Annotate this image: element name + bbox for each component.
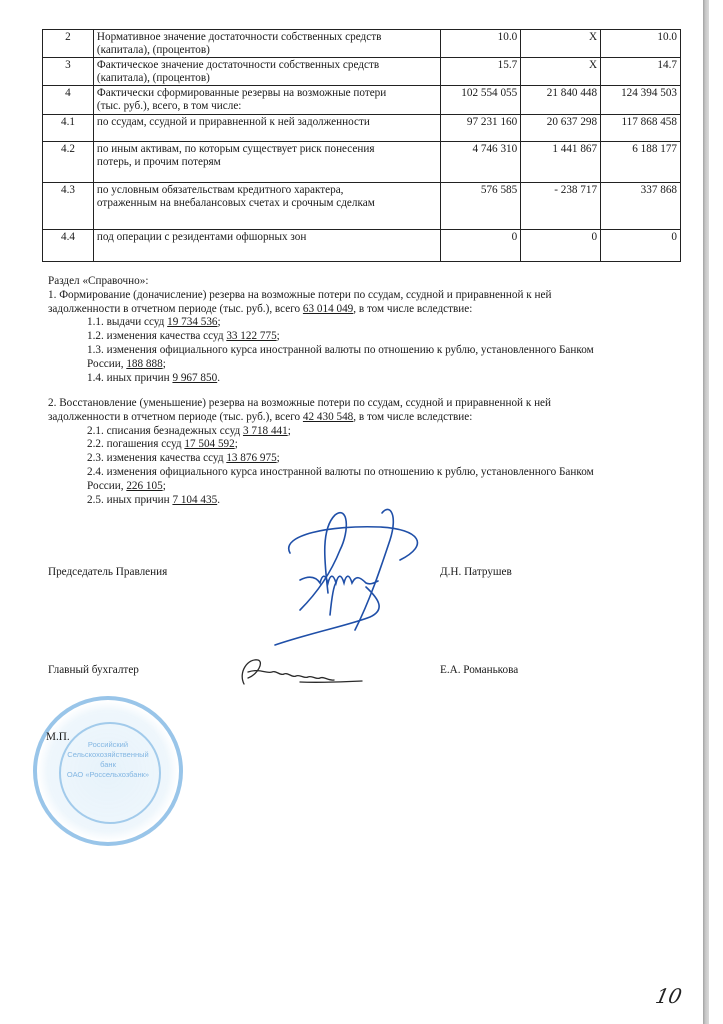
reference-section-formation: Раздел «Справочно»: 1. Формирование (дон… — [48, 275, 678, 385]
row-description: по иным активам, по которым существует р… — [93, 142, 440, 183]
table-row: 3 Фактическое значение достаточности соб… — [43, 58, 681, 86]
value-col3: 0 — [601, 230, 681, 262]
table-row: 4.1 по ссудам, ссудной и приравненной к … — [43, 115, 681, 142]
recovery-line2: задолженности в отчетном периоде (тыс. р… — [48, 411, 678, 425]
seal-text: Российский Сельскохозяйственный банк ОАО… — [37, 740, 179, 780]
reference-heading: Раздел «Справочно»: — [48, 275, 678, 289]
formation-line1: 1. Формирование (доначисление) резерва н… — [48, 289, 678, 303]
value-col1: 4 746 310 — [441, 142, 521, 183]
row-description: Нормативное значение достаточности собст… — [93, 30, 440, 58]
row-number: 4 — [43, 86, 94, 115]
official-seal: Российский Сельскохозяйственный банк ОАО… — [33, 696, 183, 846]
reference-section-recovery: 2. Восстановление (уменьшение) резерва н… — [48, 397, 678, 507]
page-number: 10 — [653, 984, 684, 1008]
document-page: 2 Нормативное значение достаточности соб… — [0, 0, 723, 1024]
accountant-name: Е.А. Романькова — [440, 664, 518, 676]
table-row: 2 Нормативное значение достаточности соб… — [43, 30, 681, 58]
seal-placeholder-label: М.П. — [46, 731, 70, 743]
recovery-total: 42 430 548 — [303, 411, 353, 423]
formation-total: 63 014 049 — [303, 303, 353, 315]
row-description: по условным обязательствам кредитного ха… — [93, 183, 440, 230]
row-description: под операции с резидентами офшорных зон — [93, 230, 440, 262]
recovery-item: 2.2. погашения ссуд 17 504 592; — [48, 438, 678, 452]
row-description: по ссудам, ссудной и приравненной к ней … — [93, 115, 440, 142]
row-number: 4.1 — [43, 115, 94, 142]
row-number: 4.2 — [43, 142, 94, 183]
scan-edge — [703, 0, 709, 1024]
formation-item: 1.1. выдачи ссуд 19 734 536; — [48, 316, 678, 330]
value-col1: 15.7 — [441, 58, 521, 86]
recovery-item: 2.4. изменения официального курса иностр… — [48, 466, 678, 494]
accountant-title: Главный бухгалтер — [48, 664, 139, 676]
value-col3: 10.0 — [601, 30, 681, 58]
table-row: 4 Фактически сформированные резервы на в… — [43, 86, 681, 115]
value-col3: 337 868 — [601, 183, 681, 230]
row-description: Фактически сформированные резервы на воз… — [93, 86, 440, 115]
recovery-item: 2.3. изменения качества ссуд 13 876 975; — [48, 452, 678, 466]
value-col1: 0 — [441, 230, 521, 262]
table-row: 4.4 под операции с резидентами офшорных … — [43, 230, 681, 262]
value-col2: X — [521, 58, 601, 86]
formation-item: 1.4. иных причин 9 967 850. — [48, 372, 678, 386]
recovery-item: 2.1. списания безнадежных ссуд 3 718 441… — [48, 425, 678, 439]
row-number: 4.4 — [43, 230, 94, 262]
value-col1: 576 585 — [441, 183, 521, 230]
value-col2: 20 637 298 — [521, 115, 601, 142]
table-row: 4.3 по условным обязательствам кредитног… — [43, 183, 681, 230]
value-col1: 97 231 160 — [441, 115, 521, 142]
value-col2: X — [521, 30, 601, 58]
value-col3: 6 188 177 — [601, 142, 681, 183]
row-number: 4.3 — [43, 183, 94, 230]
formation-item: 1.3. изменения официального курса иностр… — [48, 344, 678, 372]
row-description: Фактическое значение достаточности собст… — [93, 58, 440, 86]
formation-item: 1.2. изменения качества ссуд 33 122 775; — [48, 330, 678, 344]
recovery-line1: 2. Восстановление (уменьшение) резерва н… — [48, 397, 678, 411]
chairman-signature-icon — [270, 505, 440, 650]
chairman-title: Председатель Правления — [48, 566, 167, 578]
value-col1: 10.0 — [441, 30, 521, 58]
value-col2: 0 — [521, 230, 601, 262]
value-col2: 1 441 867 — [521, 142, 601, 183]
value-col2: - 238 717 — [521, 183, 601, 230]
value-col3: 124 394 503 — [601, 86, 681, 115]
value-col3: 14.7 — [601, 58, 681, 86]
value-col2: 21 840 448 — [521, 86, 601, 115]
row-number: 3 — [43, 58, 94, 86]
accountant-signature-icon — [230, 652, 370, 692]
formation-line2: задолженности в отчетном периоде (тыс. р… — [48, 303, 678, 317]
table-row: 4.2 по иным активам, по которым существу… — [43, 142, 681, 183]
reserves-table: 2 Нормативное значение достаточности соб… — [42, 29, 681, 262]
value-col1: 102 554 055 — [441, 86, 521, 115]
row-number: 2 — [43, 30, 94, 58]
value-col3: 117 868 458 — [601, 115, 681, 142]
chairman-name: Д.Н. Патрушев — [440, 566, 512, 578]
